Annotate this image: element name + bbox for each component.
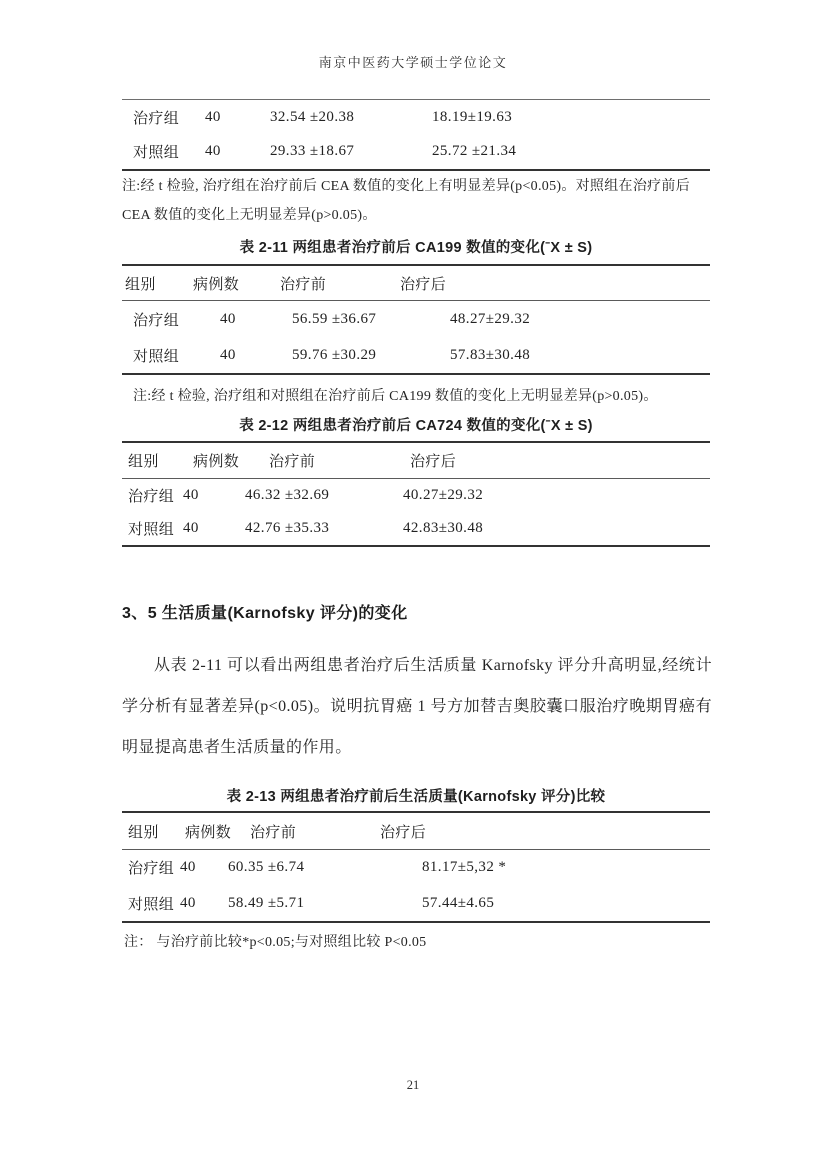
cell-after: 25.72 ±21.34 xyxy=(432,143,710,160)
table-row: 对照组 40 29.33 ±18.67 25.72 ±21.34 xyxy=(122,135,710,170)
note-cea: 注:经 t 检验, 治疗组在治疗前后 CEA 数值的变化上有明显差异(p<0.0… xyxy=(122,173,714,230)
cell-before: 29.33 ±18.67 xyxy=(270,143,432,160)
cell-after: 48.27±29.32 xyxy=(450,311,710,328)
cell-cases: 40 xyxy=(180,895,228,912)
cell-before: 58.49 ±5.71 xyxy=(228,895,422,912)
header-before: 治疗前 xyxy=(280,273,400,294)
table-row: 对照组 40 58.49 ±5.71 57.44±4.65 xyxy=(122,886,710,922)
table-2-11-title: 表 2-11 两组患者治疗前后 CA199 数值的变化(ˉX ± S) xyxy=(122,236,710,257)
header-group: 组别 xyxy=(128,821,185,842)
page-number: 21 xyxy=(0,1078,826,1093)
cell-group: 治疗组 xyxy=(128,485,183,506)
header-cases: 病例数 xyxy=(193,273,280,294)
cell-before: 46.32 ±32.69 xyxy=(245,487,403,504)
cell-group: 治疗组 xyxy=(133,107,205,128)
cell-group: 对照组 xyxy=(133,345,220,366)
header-before: 治疗前 xyxy=(250,821,380,842)
table-header-row: 组别 病例数 治疗前 治疗后 xyxy=(122,813,710,850)
table-row: 治疗组 40 32.54 ±20.38 18.19±19.63 xyxy=(122,100,710,135)
cell-after: 81.17±5,32 * xyxy=(422,859,710,876)
table-header-row: 组别 病例数 治疗前 治疗后 xyxy=(122,266,710,301)
header-cases: 病例数 xyxy=(185,821,250,842)
header-group: 组别 xyxy=(125,273,193,294)
table-cea-continued: 治疗组 40 32.54 ±20.38 18.19±19.63 对照组 40 2… xyxy=(122,99,710,171)
header-after: 治疗后 xyxy=(380,821,710,842)
cell-before: 60.35 ±6.74 xyxy=(228,859,422,876)
cell-after: 40.27±29.32 xyxy=(403,487,710,504)
table-2-12-title: 表 2-12 两组患者治疗前后 CA724 数值的变化(ˉX ± S) xyxy=(122,414,710,435)
cell-group: 对照组 xyxy=(128,518,183,539)
cell-cases: 40 xyxy=(180,859,228,876)
cell-cases: 40 xyxy=(205,143,270,160)
table-row: 治疗组 40 56.59 ±36.67 48.27±29.32 xyxy=(122,301,710,337)
header-group: 组别 xyxy=(128,450,193,471)
cell-group: 对照组 xyxy=(133,141,205,162)
cell-cases: 40 xyxy=(220,311,292,328)
cell-before: 56.59 ±36.67 xyxy=(292,311,450,328)
header-before: 治疗前 xyxy=(269,450,410,471)
cell-before: 32.54 ±20.38 xyxy=(270,109,432,126)
thesis-page: 南京中医药大学硕士学位论文 治疗组 40 32.54 ±20.38 18.19±… xyxy=(0,0,826,1169)
cell-cases: 40 xyxy=(205,109,270,126)
cell-after: 57.83±30.48 xyxy=(450,347,710,364)
cell-group: 对照组 xyxy=(128,893,180,914)
note-2-11: 注:经 t 检验, 治疗组和对照组在治疗前后 CA199 数值的变化上无明显差异… xyxy=(122,383,714,412)
table-row: 对照组 40 42.76 ±35.33 42.83±30.48 xyxy=(122,512,710,545)
table-2-11: 组别 病例数 治疗前 治疗后 治疗组 40 56.59 ±36.67 48.27… xyxy=(122,264,710,375)
cell-cases: 40 xyxy=(183,520,245,537)
cell-cases: 40 xyxy=(220,347,292,364)
document-header: 南京中医药大学硕士学位论文 xyxy=(0,52,826,71)
table-2-13-title: 表 2-13 两组患者治疗前后生活质量(Karnofsky 评分)比较 xyxy=(122,785,710,806)
section-3-5-paragraph: 从表 2-11 可以看出两组患者治疗后生活质量 Karnofsky 评分升高明显… xyxy=(122,645,712,768)
header-cases: 病例数 xyxy=(193,450,269,471)
table-header-row: 组别 病例数 治疗前 治疗后 xyxy=(122,443,710,479)
cell-group: 治疗组 xyxy=(128,857,180,878)
cell-before: 42.76 ±35.33 xyxy=(245,520,403,537)
table-row: 对照组 40 59.76 ±30.29 57.83±30.48 xyxy=(122,337,710,373)
header-after: 治疗后 xyxy=(410,450,710,471)
cell-after: 42.83±30.48 xyxy=(403,520,710,537)
table-row: 治疗组 40 60.35 ±6.74 81.17±5,32 * xyxy=(122,850,710,886)
header-after: 治疗后 xyxy=(400,273,710,294)
cell-cases: 40 xyxy=(183,487,245,504)
table-row: 治疗组 40 46.32 ±32.69 40.27±29.32 xyxy=(122,479,710,512)
section-3-5-heading: 3、5 生活质量(Karnofsky 评分)的变化 xyxy=(122,600,722,623)
cell-after: 57.44±4.65 xyxy=(422,895,710,912)
table-2-12: 组别 病例数 治疗前 治疗后 治疗组 40 46.32 ±32.69 40.27… xyxy=(122,441,710,547)
cell-after: 18.19±19.63 xyxy=(432,109,710,126)
cell-group: 治疗组 xyxy=(133,309,220,330)
table-2-13: 组别 病例数 治疗前 治疗后 治疗组 40 60.35 ±6.74 81.17±… xyxy=(122,811,710,923)
note-2-13: 注： 与治疗前比较*p<0.05;与对照组比较 P<0.05 xyxy=(122,929,714,958)
cell-before: 59.76 ±30.29 xyxy=(292,347,450,364)
